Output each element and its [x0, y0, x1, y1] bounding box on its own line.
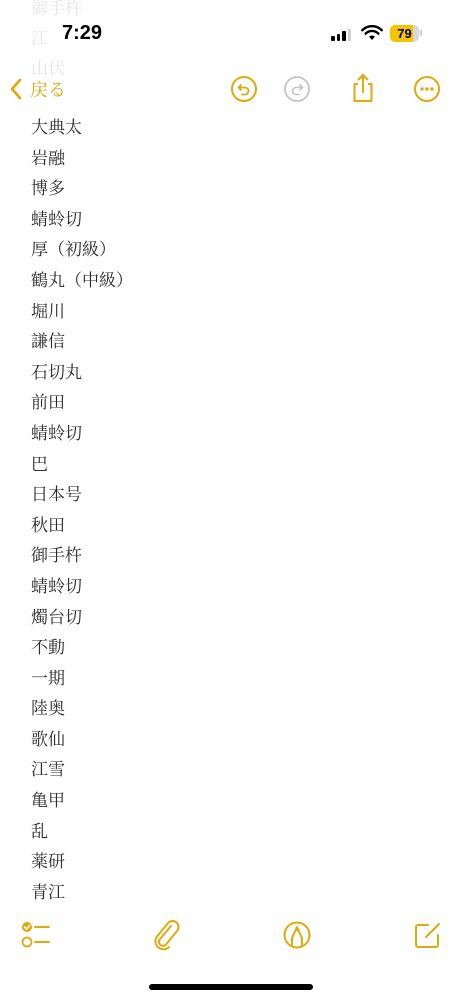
battery-indicator: 79 [390, 25, 422, 42]
markup-icon[interactable] [280, 918, 314, 952]
more-icon[interactable] [413, 75, 441, 103]
note-line[interactable]: 陸奥 [31, 694, 133, 725]
note-line[interactable]: 謙信 [31, 327, 133, 358]
home-indicator[interactable] [149, 984, 313, 990]
note-line[interactable]: 岩融 [31, 144, 133, 175]
chevron-left-icon [10, 78, 22, 100]
note-line[interactable]: 秋田 [31, 511, 133, 542]
note-line[interactable]: 蜻蛉切 [31, 419, 133, 450]
note-line[interactable]: 一期 [31, 664, 133, 695]
undo-icon[interactable] [230, 75, 258, 103]
note-line[interactable]: 亀甲 [31, 786, 133, 817]
note-line[interactable]: 厚（初級） [31, 235, 133, 266]
attachment-icon[interactable] [150, 918, 184, 952]
status-bar: 7:29 79 [0, 0, 461, 60]
note-line[interactable]: 博多 [31, 174, 133, 205]
note-line[interactable]: 鶴丸（中級） [31, 266, 133, 297]
note-line[interactable]: 薬研 [31, 847, 133, 878]
note-line[interactable]: 江雪 [31, 755, 133, 786]
bottom-toolbar [0, 918, 461, 954]
share-icon[interactable] [349, 72, 377, 104]
wifi-icon [361, 25, 383, 41]
note-line[interactable]: 青江 [31, 878, 133, 909]
note-line[interactable]: 日本号 [31, 480, 133, 511]
note-line[interactable]: 前田 [31, 388, 133, 419]
note-line[interactable]: 堀川 [31, 297, 133, 328]
note-line[interactable]: 燭台切 [31, 603, 133, 634]
note-line[interactable]: 蜻蛉切 [31, 572, 133, 603]
note-line[interactable]: 乱 [31, 817, 133, 848]
note-line[interactable]: 巴 [31, 450, 133, 481]
note-line[interactable]: 御手杵 [31, 541, 133, 572]
note-line[interactable]: 歌仙 [31, 725, 133, 756]
note-line[interactable]: 蜻蛉切 [31, 205, 133, 236]
note-line[interactable]: 大典太 [31, 113, 133, 144]
clock-time: 7:29 [62, 22, 102, 45]
back-button[interactable]: 戻る [10, 76, 66, 102]
redo-icon[interactable] [283, 75, 311, 103]
compose-icon[interactable] [411, 918, 445, 952]
back-label: 戻る [30, 76, 66, 102]
note-line[interactable]: 不動 [31, 633, 133, 664]
note-line[interactable]: 石切丸 [31, 358, 133, 389]
checklist-icon[interactable] [19, 918, 53, 952]
navigation-bar: 戻る [0, 70, 461, 110]
battery-level: 79 [390, 25, 419, 42]
cellular-signal-icon [331, 29, 351, 41]
note-body[interactable]: 大典太 岩融 博多 蜻蛉切 厚（初級） 鶴丸（中級） 堀川 謙信 石切丸 前田 … [31, 113, 133, 908]
